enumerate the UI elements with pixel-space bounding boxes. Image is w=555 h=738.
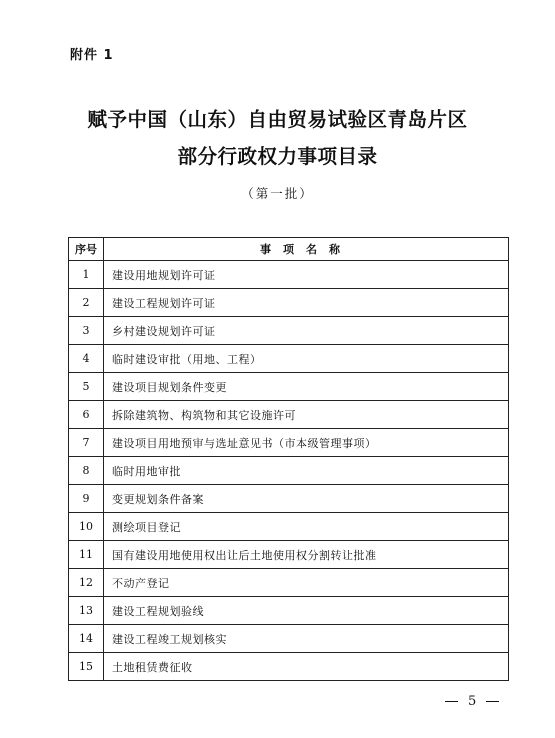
row-name: 建设用地规划许可证 xyxy=(104,261,509,289)
page-number: 5 xyxy=(445,694,499,709)
table-row: 12不动产登记 xyxy=(69,569,509,597)
row-index: 14 xyxy=(69,625,104,653)
attachment-label: 附件 1 xyxy=(70,44,114,63)
row-name: 建设项目用地预审与选址意见书（市本级管理事项） xyxy=(104,429,509,457)
dash-right xyxy=(486,701,499,703)
row-index: 11 xyxy=(69,541,104,569)
table-header-row: 序号 事项名称 xyxy=(69,238,509,261)
table-row: 1建设用地规划许可证 xyxy=(69,261,509,289)
row-index: 5 xyxy=(69,373,104,401)
row-name: 国有建设用地使用权出让后土地使用权分割转让批准 xyxy=(104,541,509,569)
row-name: 建设工程规划验线 xyxy=(104,597,509,625)
document-subtitle: （第一批） xyxy=(0,184,555,202)
table-row: 11国有建设用地使用权出让后土地使用权分割转让批准 xyxy=(69,541,509,569)
row-name: 建设工程竣工规划核实 xyxy=(104,625,509,653)
table-row: 9变更规划条件备案 xyxy=(69,485,509,513)
row-name: 变更规划条件备案 xyxy=(104,485,509,513)
row-name: 临时建设审批（用地、工程） xyxy=(104,345,509,373)
row-index: 1 xyxy=(69,261,104,289)
row-name: 建设工程规划许可证 xyxy=(104,289,509,317)
table-row: 8临时用地审批 xyxy=(69,457,509,485)
header-index: 序号 xyxy=(69,238,104,261)
table-row: 2建设工程规划许可证 xyxy=(69,289,509,317)
dash-left xyxy=(445,701,458,703)
row-name: 临时用地审批 xyxy=(104,457,509,485)
table-body: 1建设用地规划许可证 2建设工程规划许可证 3乡村建设规划许可证 4临时建设审批… xyxy=(69,261,509,681)
page-number-value: 5 xyxy=(468,694,476,709)
row-index: 2 xyxy=(69,289,104,317)
table-row: 13建设工程规划验线 xyxy=(69,597,509,625)
document-title-line-2: 部分行政权力事项目录 xyxy=(0,141,555,169)
table-row: 7建设项目用地预审与选址意见书（市本级管理事项） xyxy=(69,429,509,457)
row-index: 4 xyxy=(69,345,104,373)
row-index: 10 xyxy=(69,513,104,541)
row-index: 13 xyxy=(69,597,104,625)
table-row: 5建设项目规划条件变更 xyxy=(69,373,509,401)
row-name: 拆除建筑物、构筑物和其它设施许可 xyxy=(104,401,509,429)
row-name: 建设项目规划条件变更 xyxy=(104,373,509,401)
row-index: 9 xyxy=(69,485,104,513)
table-row: 6拆除建筑物、构筑物和其它设施许可 xyxy=(69,401,509,429)
row-name: 不动产登记 xyxy=(104,569,509,597)
items-table: 序号 事项名称 1建设用地规划许可证 2建设工程规划许可证 3乡村建设规划许可证… xyxy=(68,237,509,681)
row-index: 7 xyxy=(69,429,104,457)
table-row: 14建设工程竣工规划核实 xyxy=(69,625,509,653)
table-row: 4临时建设审批（用地、工程） xyxy=(69,345,509,373)
document-title-line-1: 赋予中国（山东）自由贸易试验区青岛片区 xyxy=(0,104,555,132)
row-name: 测绘项目登记 xyxy=(104,513,509,541)
table-row: 15土地租赁费征收 xyxy=(69,653,509,681)
row-index: 15 xyxy=(69,653,104,681)
row-name: 土地租赁费征收 xyxy=(104,653,509,681)
table-row: 3乡村建设规划许可证 xyxy=(69,317,509,345)
row-name: 乡村建设规划许可证 xyxy=(104,317,509,345)
row-index: 6 xyxy=(69,401,104,429)
row-index: 12 xyxy=(69,569,104,597)
header-name: 事项名称 xyxy=(104,238,509,261)
table-row: 10测绘项目登记 xyxy=(69,513,509,541)
row-index: 3 xyxy=(69,317,104,345)
row-index: 8 xyxy=(69,457,104,485)
